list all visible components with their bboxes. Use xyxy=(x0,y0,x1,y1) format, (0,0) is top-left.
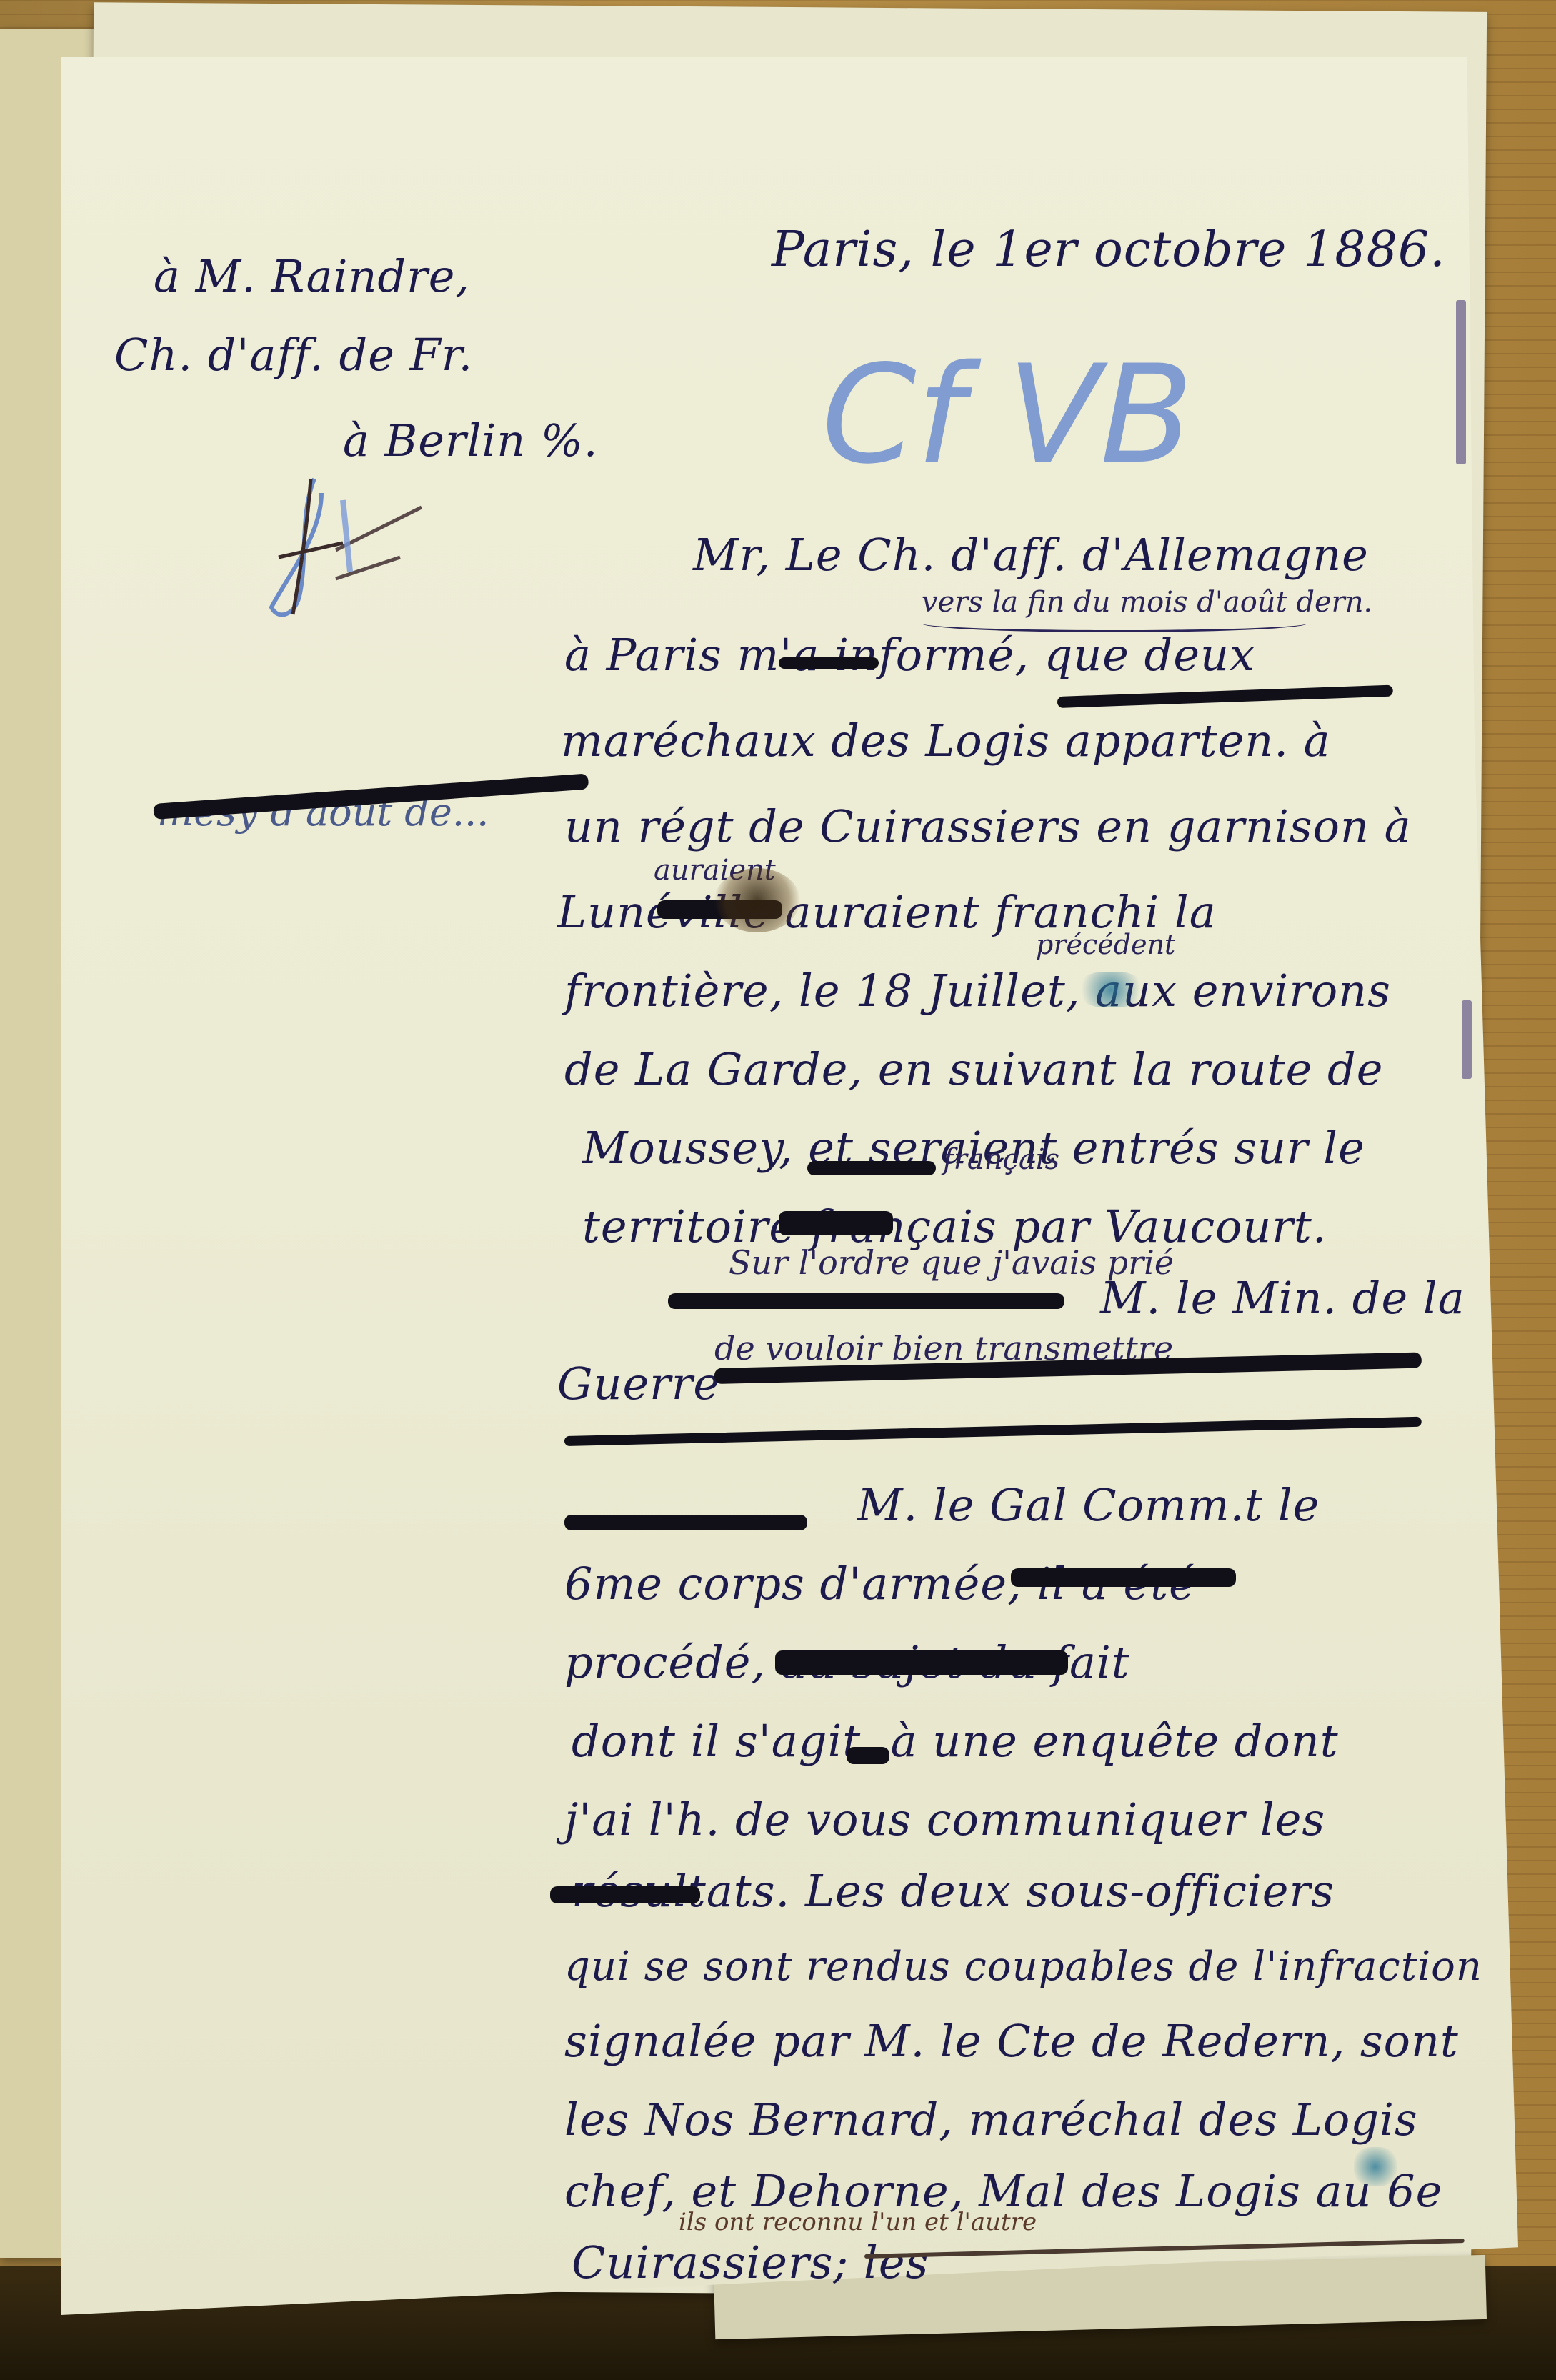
body-line-10: M. le Min. de la xyxy=(1100,1272,1465,1324)
strikethrough xyxy=(550,1886,700,1903)
body-line-13: M. le Gal Comm.t le xyxy=(857,1479,1320,1531)
insertion-final: ils ont reconnu l'un et l'autre xyxy=(679,2208,1037,2236)
body-line-20: signalée par M. le Cte de Redern, sont xyxy=(564,2015,1459,2067)
strikethrough xyxy=(847,1747,889,1764)
strikethrough xyxy=(1011,1568,1236,1587)
addressee-name: à M. Raindre, xyxy=(154,250,470,302)
strikethrough xyxy=(779,1211,893,1235)
page-edge-marker xyxy=(1456,300,1466,464)
body-line-21: les Nos Bernard, maréchal des Logis xyxy=(564,2093,1418,2146)
place-date: Paris, le 1er octobre 1886. xyxy=(772,221,1446,278)
body-line-6: frontière, le 18 Juillet, aux environs xyxy=(564,965,1391,1017)
body-line-3: maréchaux des Logis apparten. à xyxy=(561,715,1331,767)
strikethrough xyxy=(775,1650,1068,1675)
strikethrough xyxy=(564,1515,807,1530)
insertion-line-9: français xyxy=(943,1143,1059,1176)
body-line-17: j'ai l'h. de vous communiquer les xyxy=(564,1793,1325,1846)
strikethrough xyxy=(807,1161,936,1175)
body-line-1: Mr, Le Ch. d'aff. d'Allemagne xyxy=(693,529,1369,581)
body-line-7: de La Garde, en suivant la route de xyxy=(564,1043,1383,1095)
blue-ink-mark xyxy=(1079,972,1143,1007)
strikethrough xyxy=(779,657,879,669)
strikethrough xyxy=(668,1293,1064,1309)
insertion-line-6: précédent xyxy=(1036,929,1175,960)
body-line-19: qui se sont rendus coupables de l'infrac… xyxy=(564,1943,1482,1990)
blue-pencil-annotation: Cf VB xyxy=(822,336,1193,494)
body-line-23: Cuirassiers; les xyxy=(572,2236,929,2289)
initials-paraph-icon xyxy=(257,472,443,643)
body-line-4: un régt de Cuirassiers en garnison à xyxy=(564,800,1412,852)
body-line-16: dont il s'agit, à une enquête dont xyxy=(572,1715,1339,1767)
addressee-city: à Berlin %. xyxy=(343,414,598,467)
body-line-2: à Paris m'a informé, que deux xyxy=(564,629,1255,681)
blue-ink-mark xyxy=(1354,2147,1397,2186)
body-line-11: Guerre xyxy=(557,1358,720,1410)
page-edge-marker xyxy=(1462,1000,1472,1079)
addressee-title: Ch. d'aff. de Fr. xyxy=(114,329,473,381)
ink-blot xyxy=(714,868,800,932)
